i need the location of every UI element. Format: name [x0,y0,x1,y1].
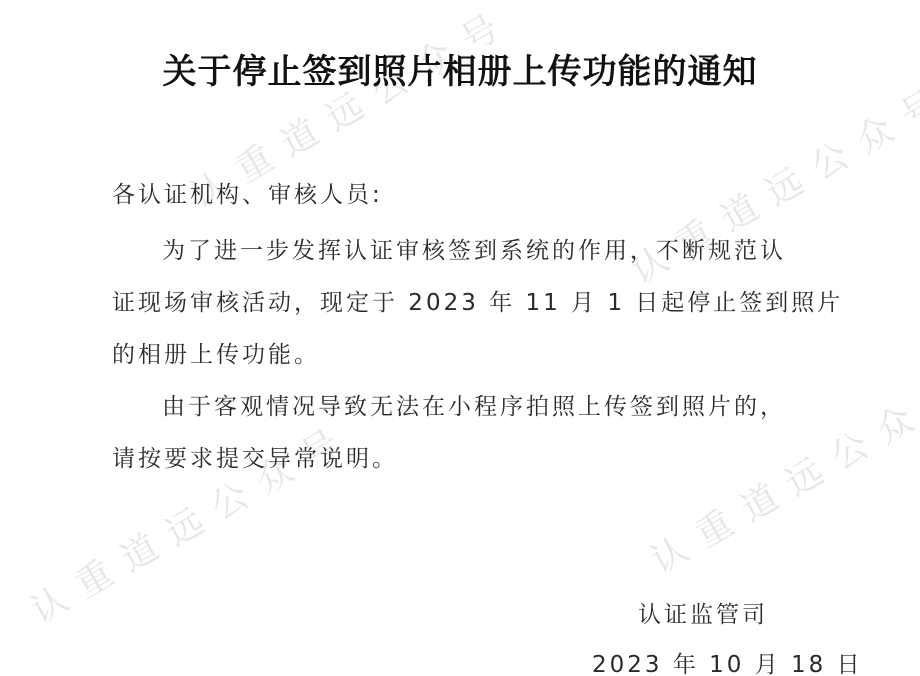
notice-document: 关于停止签到照片相册上传功能的通知 各认证机构、审核人员: 为了进一步发挥认证审… [0,0,920,676]
document-title: 关于停止签到照片相册上传功能的通知 [0,44,920,93]
issuer-name: 认证监管司 [638,596,768,629]
paragraph-2-line-2: 请按要求提交异常说明。 [112,440,398,473]
paragraph-1-line-1: 为了进一步发挥认证审核签到系统的作用，不断规范认 [162,232,786,265]
paragraph-2-line-1: 由于客观情况导致无法在小程序拍照上传签到照片的， [162,388,786,421]
issue-date: 2023 年 10 月 18 日 [592,646,863,676]
salutation: 各认证机构、审核人员: [112,176,383,209]
paragraph-1-line-2: 证现场审核活动，现定于 2023 年 11 月 1 日起停止签到照片 [112,284,843,317]
paragraph-1-line-3: 的相册上传功能。 [112,336,320,369]
